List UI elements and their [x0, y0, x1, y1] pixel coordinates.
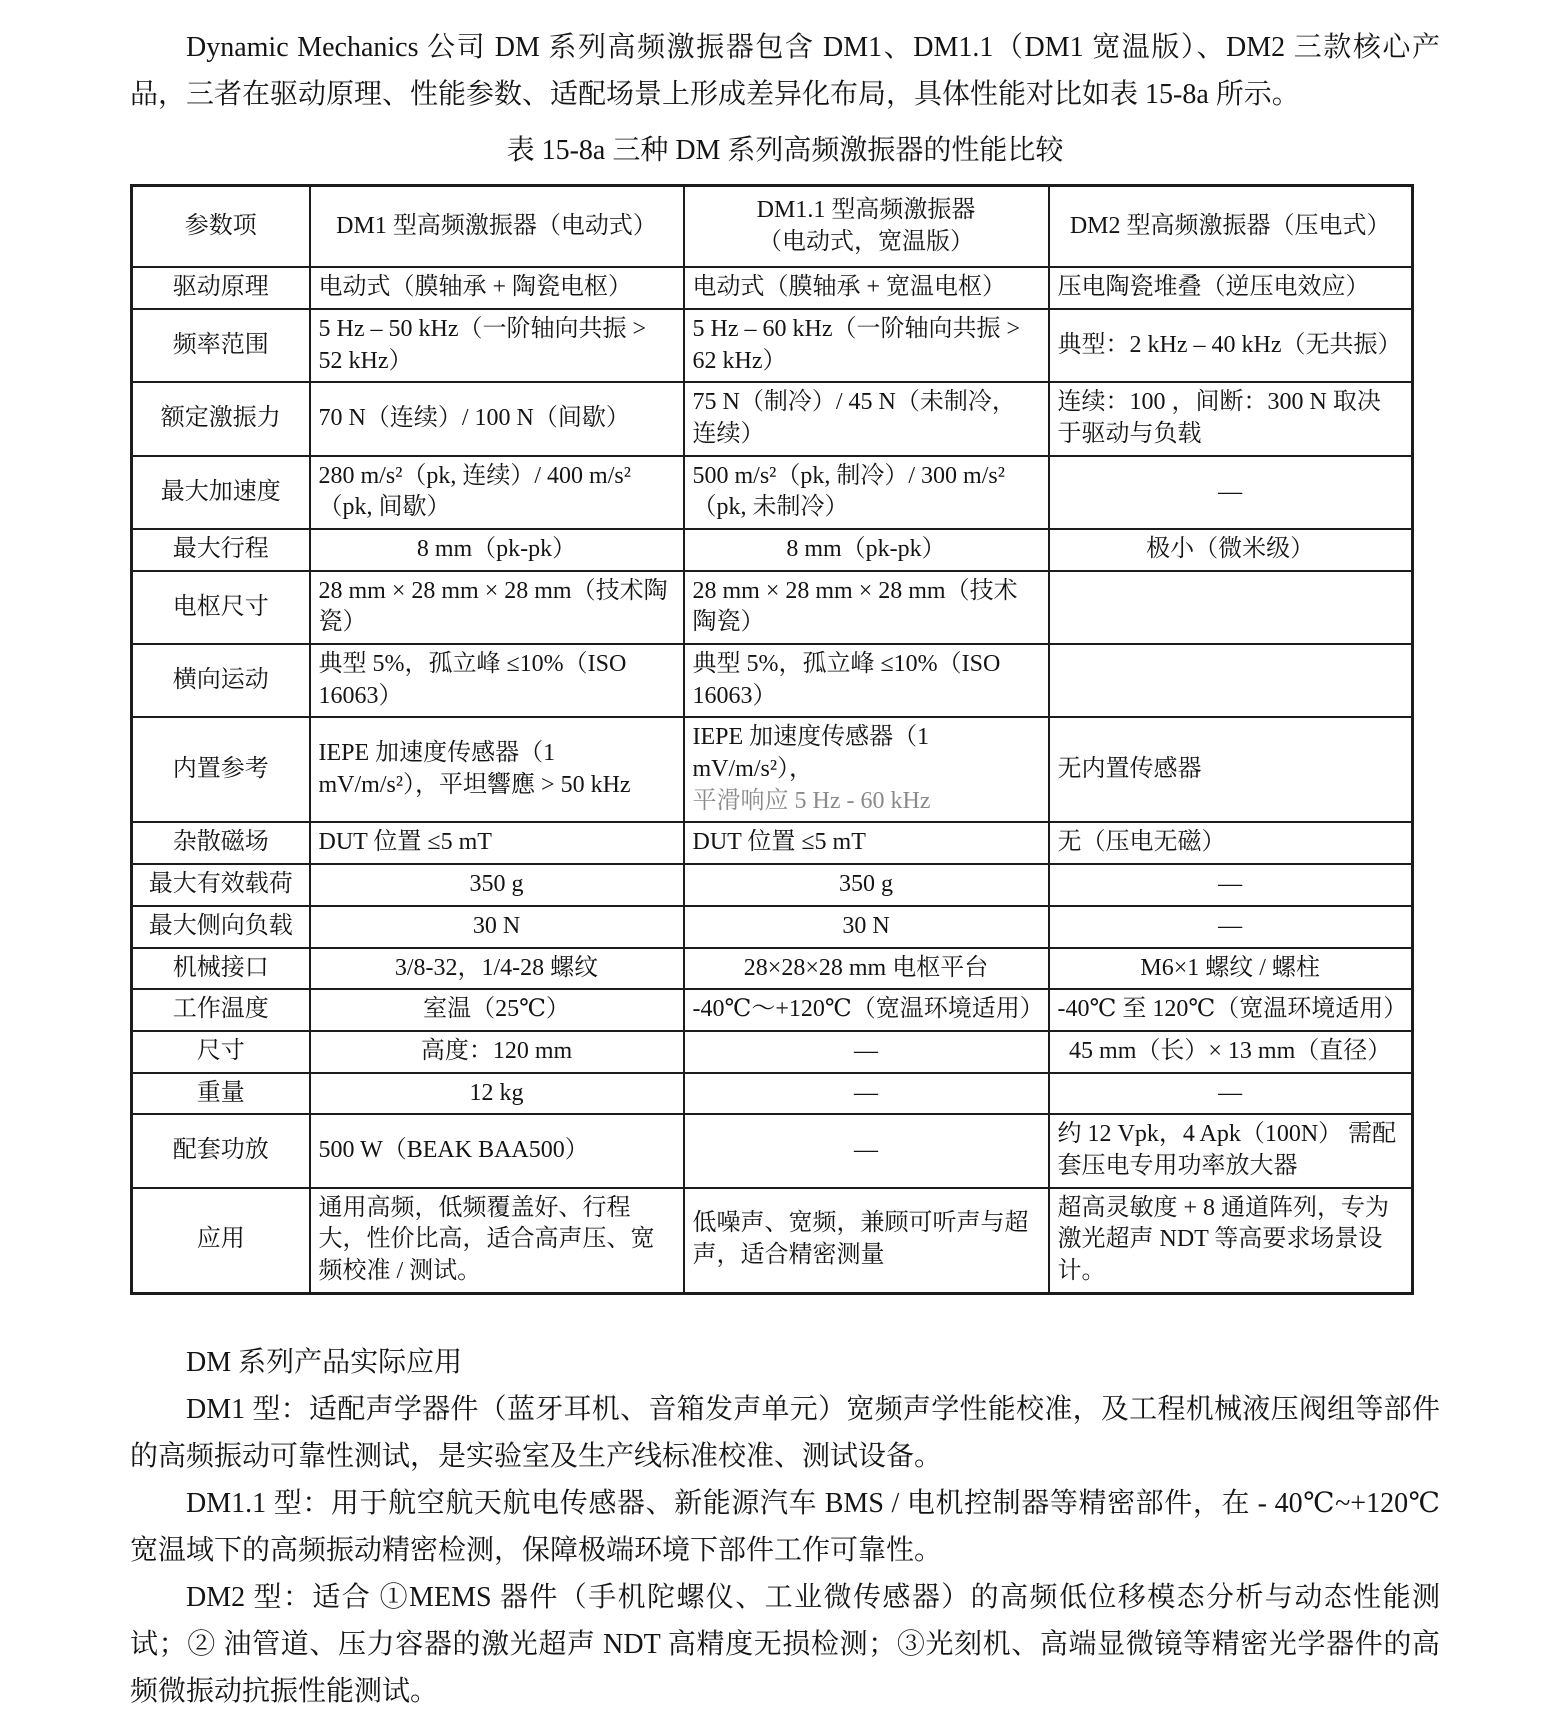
table-cell: — — [1049, 456, 1413, 529]
cell-text: 350 g — [470, 871, 524, 897]
table-cell: -40℃ 至 120℃（宽温环境适用） — [1049, 989, 1413, 1031]
table-cell: 连续：100 ，间断：300 N 取决于驱动与负载 — [1049, 382, 1413, 455]
table-cell: 典型：2 kHz – 40 kHz（无共振） — [1049, 309, 1413, 382]
table-cell: 约 12 Vpk，4 Apk（100N） 需配套压电专用功率放大器 — [1049, 1114, 1413, 1187]
table-cell: — — [684, 1114, 1049, 1187]
table-cell: 3/8-32，1/4-28 螺纹 — [310, 948, 684, 990]
cell-text: 5 Hz – 60 kHz（一阶轴向共振 > 62 kHz） — [693, 316, 1021, 374]
cell-text: 3/8-32，1/4-28 螺纹 — [395, 955, 598, 981]
cell-text: 28 mm × 28 mm × 28 mm（技术陶瓷） — [693, 578, 1018, 636]
table-cell: 45 mm（长）× 13 mm（直径） — [1049, 1031, 1413, 1073]
row-label: 最大有效载荷 — [132, 864, 310, 906]
application-paragraph: DM1 型：适配声学器件（蓝牙耳机、音箱发声单元）宽频声学性能校准，及工程机械液… — [130, 1386, 1440, 1480]
table-cell: 350 g — [684, 864, 1049, 906]
table-cell: -40℃～+120℃（宽温环境适用） — [684, 989, 1049, 1031]
row-label: 最大加速度 — [132, 456, 310, 529]
row-label: 内置参考 — [132, 717, 310, 822]
table-cell: 8 mm（pk-pk） — [310, 529, 684, 571]
table-cell: 低噪声、宽频，兼顾可听声与超声，适合精密测量 — [684, 1188, 1049, 1294]
cell-text: 12 kg — [470, 1080, 524, 1106]
table-row: 最大侧向负载30 N30 N— — [132, 906, 1413, 948]
table-row: 工作温度室温（25℃）-40℃～+120℃（宽温环境适用）-40℃ 至 120℃… — [132, 989, 1413, 1031]
header-row: 参数项DM1 型高频激振器（电动式）DM1.1 型高频激振器（电动式，宽温版）D… — [132, 186, 1413, 268]
table-cell: 典型 5%，孤立峰 ≤10%（ISO 16063） — [310, 644, 684, 717]
table-row: 尺寸高度：120 mm—45 mm（长）× 13 mm（直径） — [132, 1031, 1413, 1073]
cell-text: 30 N — [842, 913, 889, 939]
table-cell: 12 kg — [310, 1073, 684, 1115]
table-cell: — — [684, 1031, 1049, 1073]
row-label: 应用 — [132, 1188, 310, 1294]
table-cell: 压电陶瓷堆叠（逆压电效应） — [1049, 267, 1413, 309]
cell-text: IEPE 加速度传感器（1 mV/m/s²）， — [693, 724, 930, 782]
row-label: 电枢尺寸 — [132, 571, 310, 644]
column-header: DM2 型高频激振器（压电式） — [1049, 186, 1413, 268]
table-row: 最大有效载荷350 g350 g— — [132, 864, 1413, 906]
table-cell: 无内置传感器 — [1049, 717, 1413, 822]
cell-text: （电动式，宽温版） — [758, 229, 974, 255]
application-paragraph: DM2 型：适合 ①MEMS 器件（手机陀螺仪、工业微传感器）的高频低位移模态分… — [130, 1574, 1440, 1715]
param-column-header: 参数项 — [132, 186, 310, 268]
cell-text: 典型：2 kHz – 40 kHz（无共振） — [1058, 332, 1402, 358]
table-cell: — — [1049, 864, 1413, 906]
table-cell: 室温（25℃） — [310, 989, 684, 1031]
document-page: Dynamic Mechanics 公司 DM 系列高频激振器包含 DM1、DM… — [0, 0, 1552, 1735]
cell-text: 70 N（连续）/ 100 N（间歇） — [319, 405, 630, 431]
cell-text: — — [854, 1038, 878, 1064]
table-row: 最大加速度280 m/s²（pk, 连续）/ 400 m/s²（pk, 间歇）5… — [132, 456, 1413, 529]
cell-text: 500 W（BEAK BAA500） — [319, 1137, 589, 1163]
table-row: 额定激振力70 N（连续）/ 100 N（间歇）75 N（制冷）/ 45 N（未… — [132, 382, 1413, 455]
table-cell: 70 N（连续）/ 100 N（间歇） — [310, 382, 684, 455]
table-cell: 极小（微米级） — [1049, 529, 1413, 571]
table-cell: 高度：120 mm — [310, 1031, 684, 1073]
table-cell: — — [684, 1073, 1049, 1115]
table-cell: 典型 5%，孤立峰 ≤10%（ISO 16063） — [684, 644, 1049, 717]
row-label: 重量 — [132, 1073, 310, 1115]
spec-table-body: 参数项DM1 型高频激振器（电动式）DM1.1 型高频激振器（电动式，宽温版）D… — [132, 186, 1413, 1293]
applications-heading: DM 系列产品实际应用 — [130, 1339, 1440, 1386]
cell-text: 45 mm（长）× 13 mm（直径） — [1069, 1038, 1391, 1064]
cell-text: 无内置传感器 — [1058, 756, 1202, 782]
table-row: 应用通用高频，低频覆盖好、行程大，性价比高，适合高声压、宽频校准 / 测试。低噪… — [132, 1188, 1413, 1294]
cell-text: 典型 5%，孤立峰 ≤10%（ISO 16063） — [319, 651, 627, 709]
table-cell: DUT 位置 ≤5 mT — [684, 822, 1049, 864]
cell-text: — — [1218, 913, 1242, 939]
cell-text: 75 N（制冷）/ 45 N（未制冷，连续） — [693, 389, 1016, 447]
cell-text: 通用高频，低频覆盖好、行程大，性价比高，适合高声压、宽频校准 / 测试。 — [319, 1195, 655, 1284]
table-row: 电枢尺寸28 mm × 28 mm × 28 mm（技术陶瓷）28 mm × 2… — [132, 571, 1413, 644]
cell-text: 28×28×28 mm 电枢平台 — [744, 955, 988, 981]
table-cell: 通用高频，低频覆盖好、行程大，性价比高，适合高声压、宽频校准 / 测试。 — [310, 1188, 684, 1294]
table-row: 杂散磁场DUT 位置 ≤5 mTDUT 位置 ≤5 mT无（压电无磁） — [132, 822, 1413, 864]
row-label: 额定激振力 — [132, 382, 310, 455]
row-label: 尺寸 — [132, 1031, 310, 1073]
table-cell: 350 g — [310, 864, 684, 906]
table-cell: 30 N — [310, 906, 684, 948]
cell-text: 30 N — [473, 913, 520, 939]
row-label: 频率范围 — [132, 309, 310, 382]
cell-text: DM1.1 型高频激振器 — [757, 197, 976, 223]
row-label: 机械接口 — [132, 948, 310, 990]
cell-text-muted: 平滑响应 5 Hz - 60 kHz — [693, 788, 931, 814]
column-header: DM1 型高频激振器（电动式） — [310, 186, 684, 268]
table-cell: 5 Hz – 60 kHz（一阶轴向共振 > 62 kHz） — [684, 309, 1049, 382]
cell-text: 5 Hz – 50 kHz（一阶轴向共振 > 52 kHz） — [319, 316, 647, 374]
table-cell: 75 N（制冷）/ 45 N（未制冷，连续） — [684, 382, 1049, 455]
applications-section: DM 系列产品实际应用 DM1 型：适配声学器件（蓝牙耳机、音箱发声单元）宽频声… — [130, 1339, 1440, 1715]
cell-text: 无（压电无磁） — [1058, 829, 1226, 855]
cell-text: 典型 5%，孤立峰 ≤10%（ISO 16063） — [693, 651, 1001, 709]
table-cell: 无（压电无磁） — [1049, 822, 1413, 864]
table-cell: 超高灵敏度 + 8 通道阵列，专为激光超声 NDT 等高要求场景设计。 — [1049, 1188, 1413, 1294]
cell-text: — — [1218, 479, 1242, 505]
table-cell: 电动式（膜轴承 + 陶瓷电枢） — [310, 267, 684, 309]
table-cell: 28 mm × 28 mm × 28 mm（技术陶瓷） — [684, 571, 1049, 644]
cell-text: 压电陶瓷堆叠（逆压电效应） — [1058, 274, 1370, 300]
table-cell: 5 Hz – 50 kHz（一阶轴向共振 > 52 kHz） — [310, 309, 684, 382]
cell-text: 高度：120 mm — [421, 1038, 572, 1064]
table-cell: DUT 位置 ≤5 mT — [310, 822, 684, 864]
table-row: 重量12 kg—— — [132, 1073, 1413, 1115]
table-cell: 28 mm × 28 mm × 28 mm（技术陶瓷） — [310, 571, 684, 644]
table-cell: 28×28×28 mm 电枢平台 — [684, 948, 1049, 990]
table-cell: 500 W（BEAK BAA500） — [310, 1114, 684, 1187]
cell-text: DM1 型高频激振器（电动式） — [336, 213, 657, 239]
cell-text: 500 m/s²（pk, 制冷）/ 300 m/s²（pk, 未制冷） — [693, 463, 1005, 521]
table-cell: IEPE 加速度传感器（1 mV/m/s²），平坦響應 > 50 kHz — [310, 717, 684, 822]
table-cell: — — [1049, 906, 1413, 948]
cell-text: — — [1218, 1080, 1242, 1106]
cell-text: — — [854, 1080, 878, 1106]
table-row: 内置参考IEPE 加速度传感器（1 mV/m/s²），平坦響應 > 50 kHz… — [132, 717, 1413, 822]
table-cell: IEPE 加速度传感器（1 mV/m/s²），平滑响应 5 Hz - 60 kH… — [684, 717, 1049, 822]
table-cell: 280 m/s²（pk, 连续）/ 400 m/s²（pk, 间歇） — [310, 456, 684, 529]
table-cell: 30 N — [684, 906, 1049, 948]
spec-table: 参数项DM1 型高频激振器（电动式）DM1.1 型高频激振器（电动式，宽温版）D… — [130, 184, 1414, 1294]
cell-text: 低噪声、宽频，兼顾可听声与超声，适合精密测量 — [693, 1210, 1029, 1268]
cell-text: 超高灵敏度 + 8 通道阵列，专为激光超声 NDT 等高要求场景设计。 — [1058, 1195, 1390, 1284]
cell-text: 电动式（膜轴承 + 陶瓷电枢） — [319, 274, 633, 300]
table-row: 横向运动典型 5%，孤立峰 ≤10%（ISO 16063）典型 5%，孤立峰 ≤… — [132, 644, 1413, 717]
row-label: 配套功放 — [132, 1114, 310, 1187]
cell-text: 连续：100 ，间断：300 N 取决于驱动与负载 — [1058, 389, 1381, 447]
table-caption: 表 15-8a 三种 DM 系列高频激振器的性能比较 — [130, 128, 1440, 168]
cell-text: 室温（25℃） — [423, 996, 570, 1022]
cell-text: -40℃～+120℃（宽温环境适用） — [693, 996, 1044, 1022]
table-row: 频率范围5 Hz – 50 kHz（一阶轴向共振 > 52 kHz）5 Hz –… — [132, 309, 1413, 382]
table-row: 配套功放500 W（BEAK BAA500）—约 12 Vpk，4 Apk（10… — [132, 1114, 1413, 1187]
cell-text: 约 12 Vpk，4 Apk（100N） 需配套压电专用功率放大器 — [1058, 1121, 1397, 1179]
row-label: 最大侧向负载 — [132, 906, 310, 948]
cell-text: — — [854, 1137, 878, 1163]
cell-text: IEPE 加速度传感器（1 mV/m/s²），平坦響應 > 50 kHz — [319, 740, 631, 798]
table-row: 最大行程8 mm（pk-pk）8 mm（pk-pk）极小（微米级） — [132, 529, 1413, 571]
cell-text: 28 mm × 28 mm × 28 mm（技术陶瓷） — [319, 578, 668, 636]
table-cell: 8 mm（pk-pk） — [684, 529, 1049, 571]
cell-text: 极小（微米级） — [1146, 536, 1314, 562]
cell-text: 280 m/s²（pk, 连续）/ 400 m/s²（pk, 间歇） — [319, 463, 631, 521]
application-paragraph: DM1.1 型：用于航空航天航电传感器、新能源汽车 BMS / 电机控制器等精密… — [130, 1480, 1440, 1574]
table-cell: 500 m/s²（pk, 制冷）/ 300 m/s²（pk, 未制冷） — [684, 456, 1049, 529]
table-cell — [1049, 644, 1413, 717]
cell-text: 电动式（膜轴承 + 宽温电枢） — [693, 274, 1007, 300]
row-label: 最大行程 — [132, 529, 310, 571]
cell-text: 8 mm（pk-pk） — [786, 536, 945, 562]
cell-text: M6×1 螺纹 / 螺柱 — [1140, 955, 1320, 981]
cell-text: DUT 位置 ≤5 mT — [319, 829, 492, 855]
cell-text: 350 g — [839, 871, 893, 897]
row-label: 工作温度 — [132, 989, 310, 1031]
cell-text: -40℃ 至 120℃（宽温环境适用） — [1058, 996, 1408, 1022]
table-cell: 电动式（膜轴承 + 宽温电枢） — [684, 267, 1049, 309]
row-label: 杂散磁场 — [132, 822, 310, 864]
cell-text: 8 mm（pk-pk） — [417, 536, 576, 562]
cell-text: DUT 位置 ≤5 mT — [693, 829, 866, 855]
table-row: 机械接口3/8-32，1/4-28 螺纹28×28×28 mm 电枢平台M6×1… — [132, 948, 1413, 990]
applications-list: DM1 型：适配声学器件（蓝牙耳机、音箱发声单元）宽频声学性能校准，及工程机械液… — [130, 1386, 1440, 1715]
cell-text: DM2 型高频激振器（压电式） — [1070, 213, 1391, 239]
row-label: 横向运动 — [132, 644, 310, 717]
column-header: DM1.1 型高频激振器（电动式，宽温版） — [684, 186, 1049, 268]
row-label: 驱动原理 — [132, 267, 310, 309]
table-cell: — — [1049, 1073, 1413, 1115]
table-cell: M6×1 螺纹 / 螺柱 — [1049, 948, 1413, 990]
table-row: 驱动原理电动式（膜轴承 + 陶瓷电枢）电动式（膜轴承 + 宽温电枢）压电陶瓷堆叠… — [132, 267, 1413, 309]
cell-text: — — [1218, 871, 1242, 897]
table-cell — [1049, 571, 1413, 644]
intro-paragraph: Dynamic Mechanics 公司 DM 系列高频激振器包含 DM1、DM… — [130, 24, 1440, 118]
